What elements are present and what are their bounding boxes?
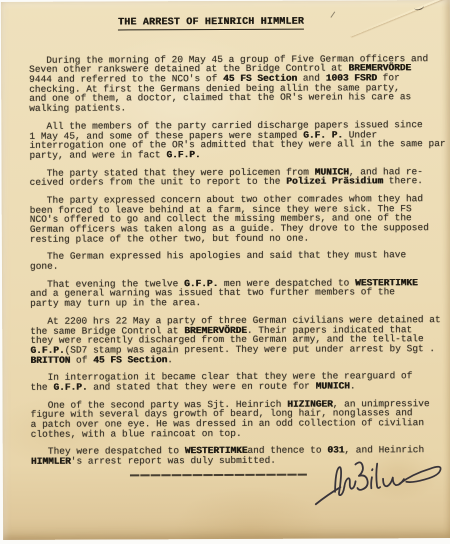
paragraph: One of the second party was Sjt. Heinric… (31, 399, 450, 440)
text-line: resting place of the other two, but foun… (30, 233, 450, 245)
text-line: gone. (30, 260, 450, 272)
document-body: During the morning of 20 May 45 a group … (29, 54, 450, 467)
document-content: THE ARREST OF HEINRICH HIMMLER During th… (29, 16, 450, 476)
text-line: The German expressed his apologies and s… (30, 250, 450, 262)
paragraph: In interrogation it became clear that th… (30, 371, 450, 392)
typed-divider-line (130, 473, 307, 476)
text-line: BRITTON of 45 FS Section. (30, 354, 450, 366)
paragraph: The German expressed his apologies and s… (30, 250, 450, 271)
document-page: THE ARREST OF HEINRICH HIMMLER During th… (1, 0, 450, 540)
text-line: clothes, with a blue raincoat on top. (31, 428, 450, 440)
text-line: party may turn up in the area. (30, 297, 450, 309)
paragraph: The party stated that they were policeme… (30, 167, 450, 188)
text-line: party, and were in fact G.F.P. (29, 149, 450, 161)
paragraph: The party expressed concern about two ot… (30, 194, 450, 244)
text-line: walking patients. (29, 102, 450, 114)
paragraph: At 2200 hrs 22 May a party of three Germ… (30, 315, 450, 365)
document-title: THE ARREST OF HEINRICH HIMMLER (118, 18, 304, 31)
text-line: the G.F.P. and stated that they were en … (30, 381, 450, 393)
paragraph: During the morning of 20 May 45 a group … (29, 54, 450, 114)
ink-speck (413, 2, 424, 11)
text-line: ceived orders from the unit to report to… (30, 176, 450, 188)
paragraph: That evening the twelve G.F.P. men were … (30, 278, 450, 309)
paragraph: All the members of the party carried dis… (29, 120, 450, 161)
